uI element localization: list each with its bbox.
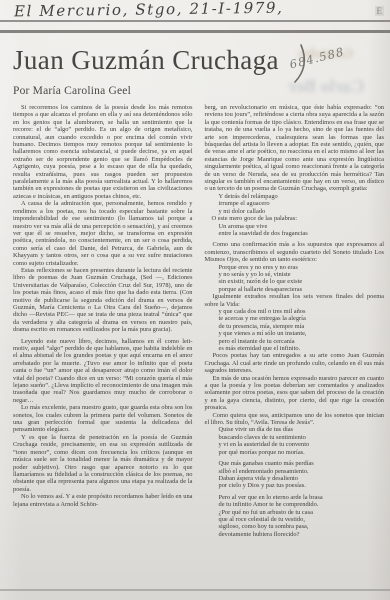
verse-block: Quise vivir un día de tus días buscando … [219, 426, 385, 456]
corner-letter-mark: E [375, 6, 385, 16]
article-title: Juan Guzmán Cruchaga [13, 45, 279, 76]
article-paragraph: Y es que la fuerza de penetración en la … [13, 434, 193, 493]
article-paragraph: Como quiera que sea, anticipamos uno de … [205, 412, 385, 427]
article-paragraph: Lo más excelente, para nuestro gusto, qu… [13, 404, 193, 434]
article-paragraph: Leyendo este nuevo libro, decimos, halla… [13, 338, 193, 405]
horizontal-rule-bottom [0, 589, 390, 591]
article-paragraph: Como una confirmación más a los supuesto… [205, 241, 385, 263]
verse-block: y que cada dos mil o tres mil años te ac… [219, 308, 385, 352]
horizontal-rule-top [0, 20, 390, 22]
article-byline: Por María Carolina Geel [13, 85, 131, 97]
article-paragraph: berg, un revolucionario en música, que é… [205, 104, 385, 193]
article-paragraph: A causa de la admiración que, personalme… [13, 200, 193, 267]
article-paragraph: Igualmente extraños resultan los seis ve… [205, 293, 385, 308]
verse-block: Y detrás del relámpago irrumpe el aguace… [219, 193, 385, 215]
article-body: Si recorremos los caminos de la poesía d… [13, 104, 384, 587]
horizontal-rule-under-header [0, 30, 390, 33]
article-paragraph: Si recorremos los caminos de la poesía d… [13, 104, 193, 200]
article-paragraph: En más de una ocasión hemos expresado nu… [205, 375, 385, 412]
article-column-left: Si recorremos los caminos de la poesía d… [13, 104, 193, 587]
article-paragraph: Pocos poetas hay tan entregados a su art… [205, 352, 385, 374]
newspaper-clipping-scan: Grandes Carlo Ber El Mercurio, Stgo, 21-… [0, 0, 390, 600]
verse-block: Que más ganabas cuanto más perdías silbó… [219, 460, 385, 490]
verse-block: Pero al ver que en lo eterno arde la bra… [219, 494, 385, 538]
verse-block: Porque eres y no eres y no eras y no ser… [219, 264, 385, 294]
verse-block: O este mero goce de las palabras: [212, 215, 385, 222]
handwritten-source-annotation: El Mercurio, Stgo, 21-I-1979, [14, 0, 354, 20]
verse-block: Un aroma que vive entre la suavidad de d… [219, 223, 385, 238]
article-column-right: berg, un revolucionario en música, que é… [205, 104, 385, 587]
article-paragraph: No lo vemos así. Y a este propósito reco… [13, 493, 193, 508]
article-paragraph: Estas reflexiones se hacen presentes dur… [13, 267, 193, 334]
